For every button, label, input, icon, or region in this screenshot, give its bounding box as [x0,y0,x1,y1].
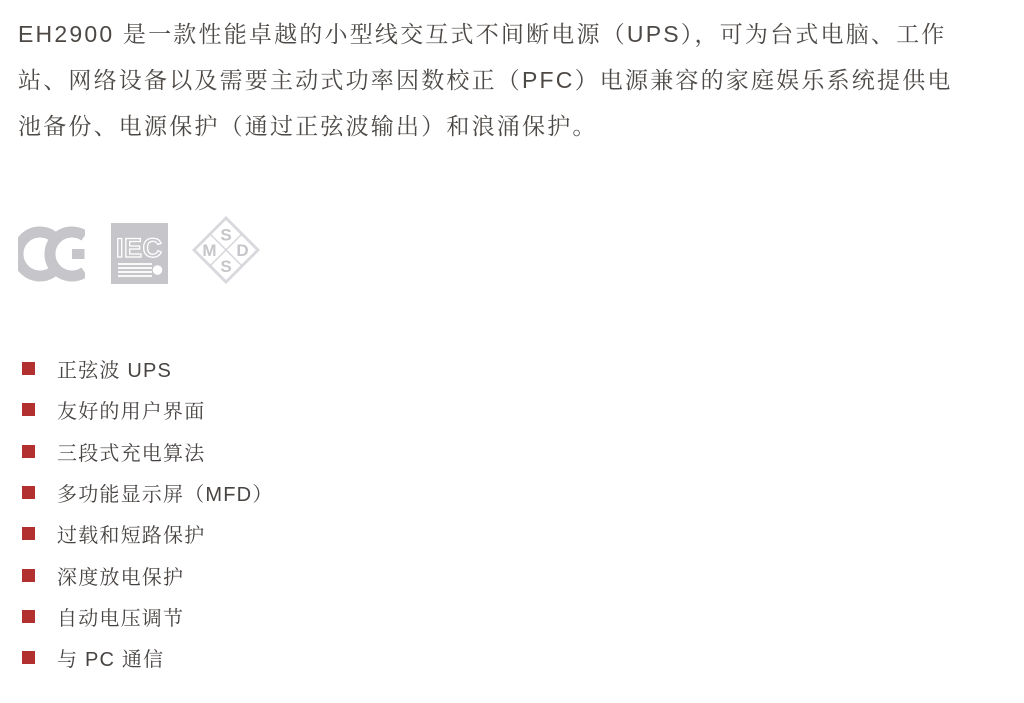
feature-list-item: 多功能显示屏（MFD） [22,472,274,513]
bullet-square-icon [22,651,35,664]
bullet-square-icon [22,445,35,458]
feature-list-item: 过载和短路保护 [22,513,274,554]
iec-logo-dot [153,265,163,275]
smsd-diamond-logo-icon: S M D S [192,216,260,284]
feature-label: 友好的用户界面 [57,395,205,424]
feature-list-item: 与 PC 通信 [22,637,274,678]
product-intro-paragraph: EH2900 是一款性能卓越的小型线交互式不间断电源（UPS），可为台式电脑、工… [18,11,970,149]
iec-logo-label: IEC [116,233,163,263]
bullet-square-icon [22,569,35,582]
feature-list: 正弦波 UPS 友好的用户界面 三段式充电算法 多功能显示屏（MFD） 过载和短… [22,348,274,678]
certification-logos: IEC S M D S [18,205,260,295]
feature-label: 多功能显示屏（MFD） [57,478,274,507]
feature-label: 三段式充电算法 [57,437,205,466]
ce-mark-icon [18,226,85,282]
bullet-square-icon [22,403,35,416]
feature-label: 自动电压调节 [57,602,184,631]
feature-label: 过载和短路保护 [57,519,205,548]
feature-label: 与 PC 通信 [57,643,164,672]
diamond-letter-top: S [220,226,231,245]
product-description-section: EH2900 是一款性能卓越的小型线交互式不间断电源（UPS），可为台式电脑、工… [0,0,1024,703]
diamond-letter-right: D [236,241,248,260]
bullet-square-icon [22,610,35,623]
iec-logo-icon: IEC [111,223,168,284]
bullet-square-icon [22,486,35,499]
diamond-letter-bottom: S [220,257,231,276]
feature-list-item: 友好的用户界面 [22,389,274,430]
feature-list-item: 正弦波 UPS [22,348,274,389]
bullet-square-icon [22,527,35,540]
feature-label: 深度放电保护 [57,561,184,590]
feature-list-item: 三段式充电算法 [22,431,274,472]
diamond-letter-left: M [202,241,216,260]
feature-list-item: 深度放电保护 [22,554,274,595]
feature-list-item: 自动电压调节 [22,596,274,637]
bullet-square-icon [22,362,35,375]
feature-label: 正弦波 UPS [57,354,172,383]
